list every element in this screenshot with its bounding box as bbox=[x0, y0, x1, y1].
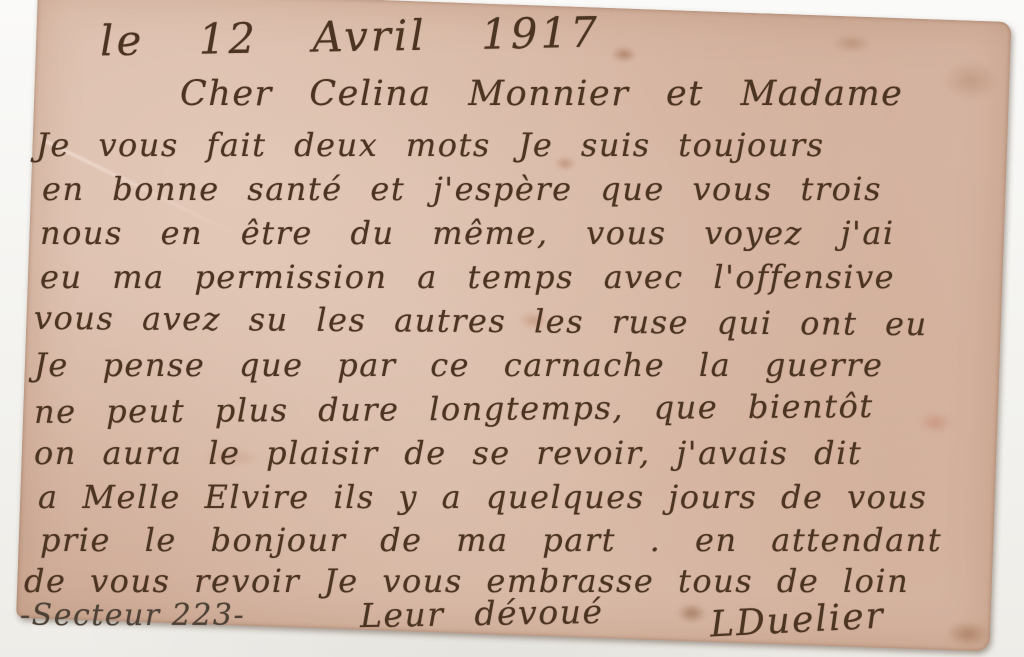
handwriting-line: nous en être du même, vous voyez j'ai bbox=[40, 214, 895, 252]
handwriting-line: en bonne santé et j'espère que vous troi… bbox=[42, 170, 882, 208]
closing-line: Leur dévoué bbox=[360, 592, 604, 635]
scanned-postcard-photo: le 12 Avril 1917 Cher Celina Monnier et … bbox=[0, 0, 1024, 657]
signature: LDuelier bbox=[709, 595, 886, 645]
handwriting-line: ne peut plus dure longtemps, que bientôt bbox=[34, 387, 874, 431]
handwriting-line: eu ma permission a temps avec l'offensiv… bbox=[40, 258, 895, 296]
sector-line: -Secteur 223- bbox=[20, 598, 245, 633]
handwriting-line: vous avez su les autres les ruse qui ont… bbox=[34, 299, 928, 343]
handwriting-line: on aura le plaisir de se revoir, j'avais… bbox=[34, 434, 862, 472]
handwriting-line: prie le bonjour de ma part . en attendan… bbox=[40, 521, 942, 559]
handwriting-line: Je pense que par ce carnache la guerre bbox=[34, 346, 883, 384]
handwriting-layer: le 12 Avril 1917 Cher Celina Monnier et … bbox=[0, 0, 1024, 657]
salutation-line: Cher Celina Monnier et Madame bbox=[180, 74, 903, 114]
handwriting-line: Je vous fait deux mots Je suis toujours bbox=[36, 126, 825, 164]
handwriting-line: a Melle Elvire ils y a quelques jours de… bbox=[38, 478, 927, 516]
date-line: le 12 Avril 1917 bbox=[100, 8, 601, 66]
